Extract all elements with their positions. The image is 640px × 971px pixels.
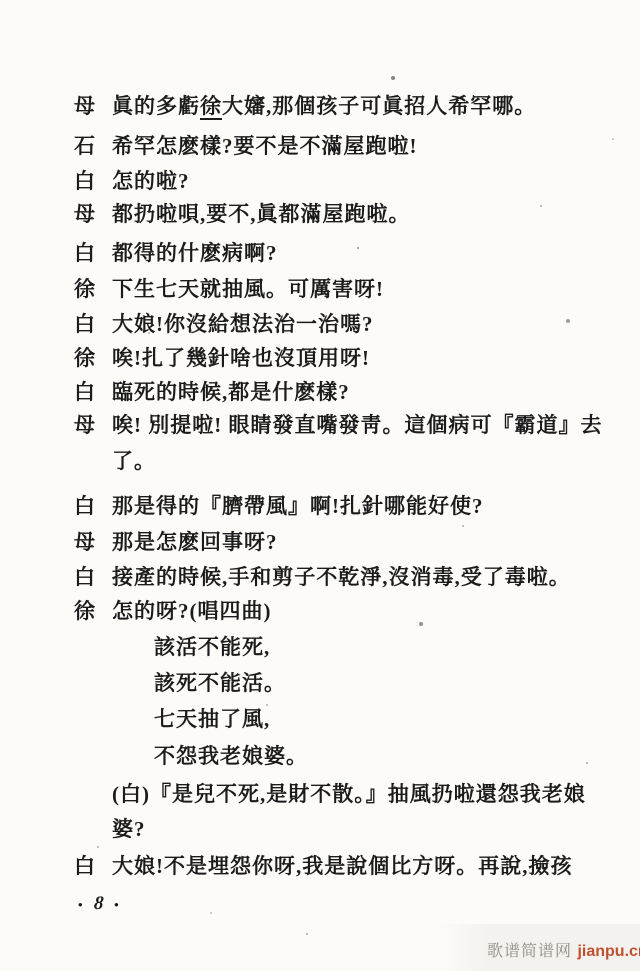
dialogue-text: 下生七天就抽風。可厲害呀!: [112, 277, 384, 301]
footer-dot-icon: •: [78, 898, 83, 911]
dialogue-text: 那是得的『臍帶風』啊!扎針哪能好使?: [112, 494, 484, 518]
speaker-label: 白: [74, 379, 112, 405]
verse-text: 七天抽了風,: [154, 707, 270, 731]
scan-noise: [0, 0, 2, 2]
dialogue-text: 眞的多虧: [112, 94, 200, 118]
dialogue-text: 怎的呀?(唱四曲): [112, 599, 272, 623]
scanned-script-page: 母眞的多虧徐大嬸,那個孩子可眞招人希罕哪。 石希罕怎麽樣?要不是不滿屋跑啦! 白…: [0, 0, 640, 971]
speaker-label: 徐: [74, 276, 112, 302]
watermark-site-name: 歌谱简谱网: [487, 943, 572, 960]
script-line: 白怎的啦?: [74, 168, 190, 194]
verse-text: 不怨我老娘婆。: [154, 744, 308, 768]
script-line: 徐下生七天就抽風。可厲害呀!: [74, 276, 384, 302]
dialogue-text: 都扔啦唄,要不,眞都滿屋跑啦。: [112, 202, 411, 226]
dialogue-text: 唉! 別提啦! 眼睛發直嘴發靑。這個病可『霸道』去: [112, 413, 603, 437]
watermark-site-url: jianpu.cn: [577, 943, 640, 960]
dialogue-text: 大嬸,那個孩子可眞招人希罕哪。: [222, 94, 536, 118]
verse-line: 該活不能死,: [154, 634, 270, 660]
speaker-label: 白: [74, 168, 112, 194]
dialogue-text: 唉!扎了幾針啥也沒頂用呀!: [112, 346, 370, 370]
speaker-label: 母: [74, 93, 112, 119]
script-line: 白那是得的『臍帶風』啊!扎針哪能好使?: [74, 493, 484, 519]
script-line: 徐唉!扎了幾針啥也沒頂用呀!: [74, 345, 370, 371]
script-line: 白大娘!不是埋怨你呀,我是說個比方呀。再說,撿孩: [74, 853, 573, 879]
speaker-label: 母: [74, 201, 112, 227]
dialogue-text: 希罕怎麽樣?要不是不滿屋跑啦!: [112, 134, 418, 158]
speaker-label: 白: [74, 564, 112, 590]
verse-text: 該死不能活。: [154, 671, 286, 695]
continuation-text: 了。: [112, 449, 156, 473]
speaker-label: 徐: [74, 345, 112, 371]
script-line-continuation: (白)『是兒不死,是財不散。』抽風扔啦還怨我老娘: [112, 781, 586, 807]
script-line: 白接產的時候,手和剪子不乾淨,沒消毒,受了毒啦。: [74, 564, 571, 590]
script-line: 白都得的什麽病啊?: [74, 240, 278, 266]
footer-dot-icon: •: [114, 898, 119, 911]
continuation-text: (白)『是兒不死,是財不散。』抽風扔啦還怨我老娘: [112, 782, 586, 806]
speaker-label: 白: [74, 853, 112, 879]
speaker-label: 石: [74, 133, 112, 159]
script-line: 母眞的多虧徐大嬸,那個孩子可眞招人希罕哪。: [74, 93, 536, 119]
page-number-footer: • 8 •: [78, 893, 119, 915]
script-line: 徐怎的呀?(唱四曲): [74, 598, 272, 624]
speaker-label: 徐: [74, 598, 112, 624]
verse-line: 該死不能活。: [154, 670, 286, 696]
speaker-label: 白: [74, 311, 112, 337]
dialogue-text: 都得的什麽病啊?: [112, 241, 278, 265]
dialogue-text: 大娘!不是埋怨你呀,我是說個比方呀。再說,撿孩: [112, 854, 573, 878]
watermark: 歌谱简谱网 jianpu.cn: [487, 938, 640, 961]
speaker-label: 白: [74, 240, 112, 266]
script-line-continuation: 婆?: [112, 816, 146, 842]
script-line: 白大娘!你沒給想法治一治嗎?: [74, 311, 374, 337]
page-number: 8: [93, 893, 104, 915]
speaker-label: 母: [74, 529, 112, 555]
dialogue-text: 大娘!你沒給想法治一治嗎?: [112, 312, 374, 336]
proper-name-underlined: 徐: [200, 94, 222, 120]
speaker-label: 母: [74, 412, 112, 438]
dialogue-text: 那是怎麽回事呀?: [112, 530, 278, 554]
script-line-continuation: 了。: [112, 448, 156, 474]
dialogue-text: 怎的啦?: [112, 169, 190, 193]
dialogue-text: 臨死的時候,都是什麽樣?: [112, 380, 350, 404]
script-line: 母唉! 別提啦! 眼睛發直嘴發靑。這個病可『霸道』去: [74, 412, 603, 438]
continuation-text: 婆?: [112, 817, 146, 841]
script-line: 石希罕怎麽樣?要不是不滿屋跑啦!: [74, 133, 418, 159]
speaker-label: 白: [74, 493, 112, 519]
script-line: 母都扔啦唄,要不,眞都滿屋跑啦。: [74, 201, 411, 227]
verse-text: 該活不能死,: [154, 635, 270, 659]
dialogue-text: 接產的時候,手和剪子不乾淨,沒消毒,受了毒啦。: [112, 565, 571, 589]
verse-line: 不怨我老娘婆。: [154, 743, 308, 769]
script-line: 母那是怎麽回事呀?: [74, 529, 278, 555]
script-line: 白臨死的時候,都是什麽樣?: [74, 379, 350, 405]
verse-line: 七天抽了風,: [154, 706, 270, 732]
